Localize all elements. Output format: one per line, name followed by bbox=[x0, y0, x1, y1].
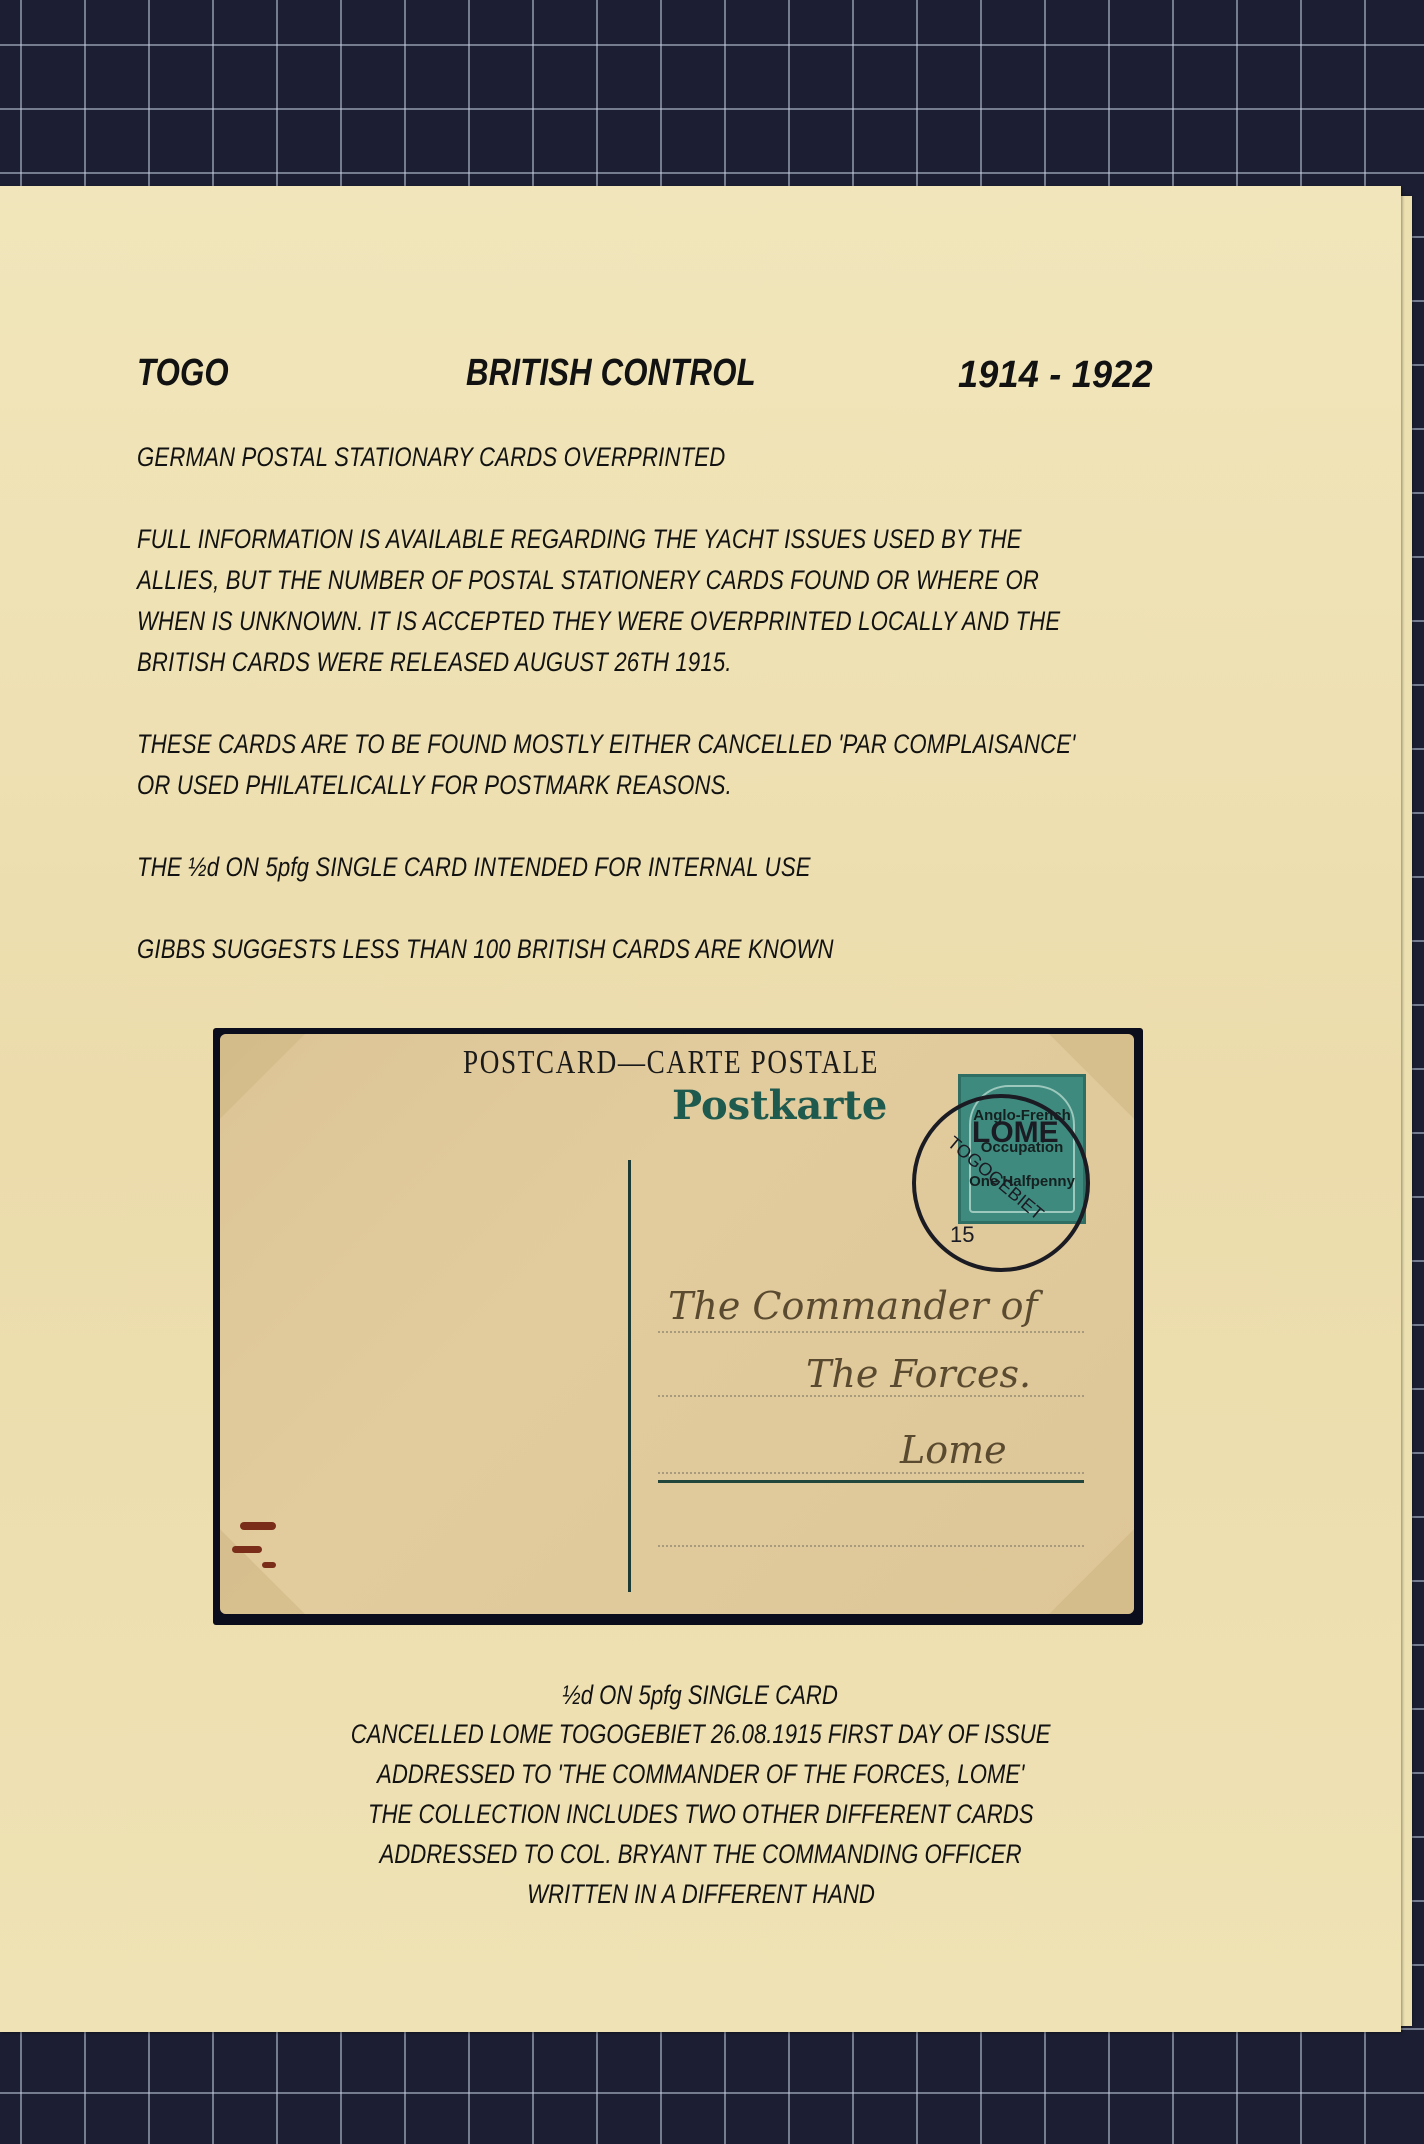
stain-mark bbox=[240, 1522, 276, 1530]
stain-mark bbox=[262, 1562, 276, 1568]
postkarte-title: Postkarte bbox=[672, 1082, 887, 1129]
mount-corner-bl bbox=[220, 1529, 305, 1614]
mount-corner-tl bbox=[220, 1034, 305, 1119]
heading-country: TOGO bbox=[137, 352, 229, 395]
address-line-2: The Forces. bbox=[806, 1352, 1031, 1396]
gibbs-note: GIBBS SUGGESTS LESS THAN 100 BRITISH CAR… bbox=[137, 934, 834, 965]
address-dotted-line-3 bbox=[658, 1472, 1084, 1474]
postmark-year: 15 bbox=[950, 1222, 974, 1248]
stain-mark bbox=[232, 1546, 262, 1553]
info-line-3: WHEN IS UNKNOWN. IT IS ACCEPTED THEY WER… bbox=[137, 606, 1060, 637]
caption-line-3: ADDRESSED TO 'THE COMMANDER OF THE FORCE… bbox=[0, 1759, 1401, 1790]
address-line-1: The Commander of bbox=[668, 1284, 1038, 1328]
heading-title: BRITISH CONTROL bbox=[466, 352, 756, 395]
caption-line-2: CANCELLED LOME TOGOGEBIET 26.08.1915 FIR… bbox=[0, 1719, 1401, 1750]
usage-line-2: OR USED PHILATELICALLY FOR POSTMARK REAS… bbox=[137, 770, 732, 801]
info-line-1: FULL INFORMATION IS AVAILABLE REGARDING … bbox=[137, 524, 1022, 555]
postmark-circle: LOME TOGOGEBIET 15 bbox=[912, 1094, 1090, 1272]
mount-corner-br bbox=[1049, 1529, 1134, 1614]
address-dotted-line-2 bbox=[658, 1395, 1084, 1397]
single-card-note: THE ½d ON 5pfg SINGLE CARD INTENDED FOR … bbox=[137, 852, 811, 883]
heading-years: 1914 - 1922 bbox=[958, 354, 1153, 397]
address-dotted-line-1 bbox=[658, 1331, 1084, 1333]
usage-line-1: THESE CARDS ARE TO BE FOUND MOSTLY EITHE… bbox=[137, 729, 1076, 760]
caption-line-6: WRITTEN IN A DIFFERENT HAND bbox=[0, 1879, 1401, 1910]
subtitle: GERMAN POSTAL STATIONARY CARDS OVERPRINT… bbox=[137, 442, 725, 473]
info-line-2: ALLIES, BUT THE NUMBER OF POSTAL STATION… bbox=[137, 565, 1039, 596]
caption-line-4: THE COLLECTION INCLUDES TWO OTHER DIFFER… bbox=[0, 1799, 1401, 1830]
address-line-3: Lome bbox=[900, 1428, 1007, 1472]
caption-line-5: ADDRESSED TO COL. BRYANT THE COMMANDING … bbox=[0, 1839, 1401, 1870]
postmark-town: LOME bbox=[972, 1116, 1059, 1150]
postcard: POSTCARD—CARTE POSTALE Postkarte Anglo-F… bbox=[220, 1034, 1134, 1614]
info-line-4: BRITISH CARDS WERE RELEASED AUGUST 26TH … bbox=[137, 647, 732, 678]
postcard-divider bbox=[628, 1160, 631, 1592]
address-dotted-line-4 bbox=[658, 1545, 1084, 1547]
address-underline bbox=[658, 1480, 1084, 1483]
postcard-title: POSTCARD—CARTE POSTALE bbox=[463, 1044, 879, 1082]
caption-line-1: ½d ON 5pfg SINGLE CARD bbox=[0, 1680, 1401, 1711]
